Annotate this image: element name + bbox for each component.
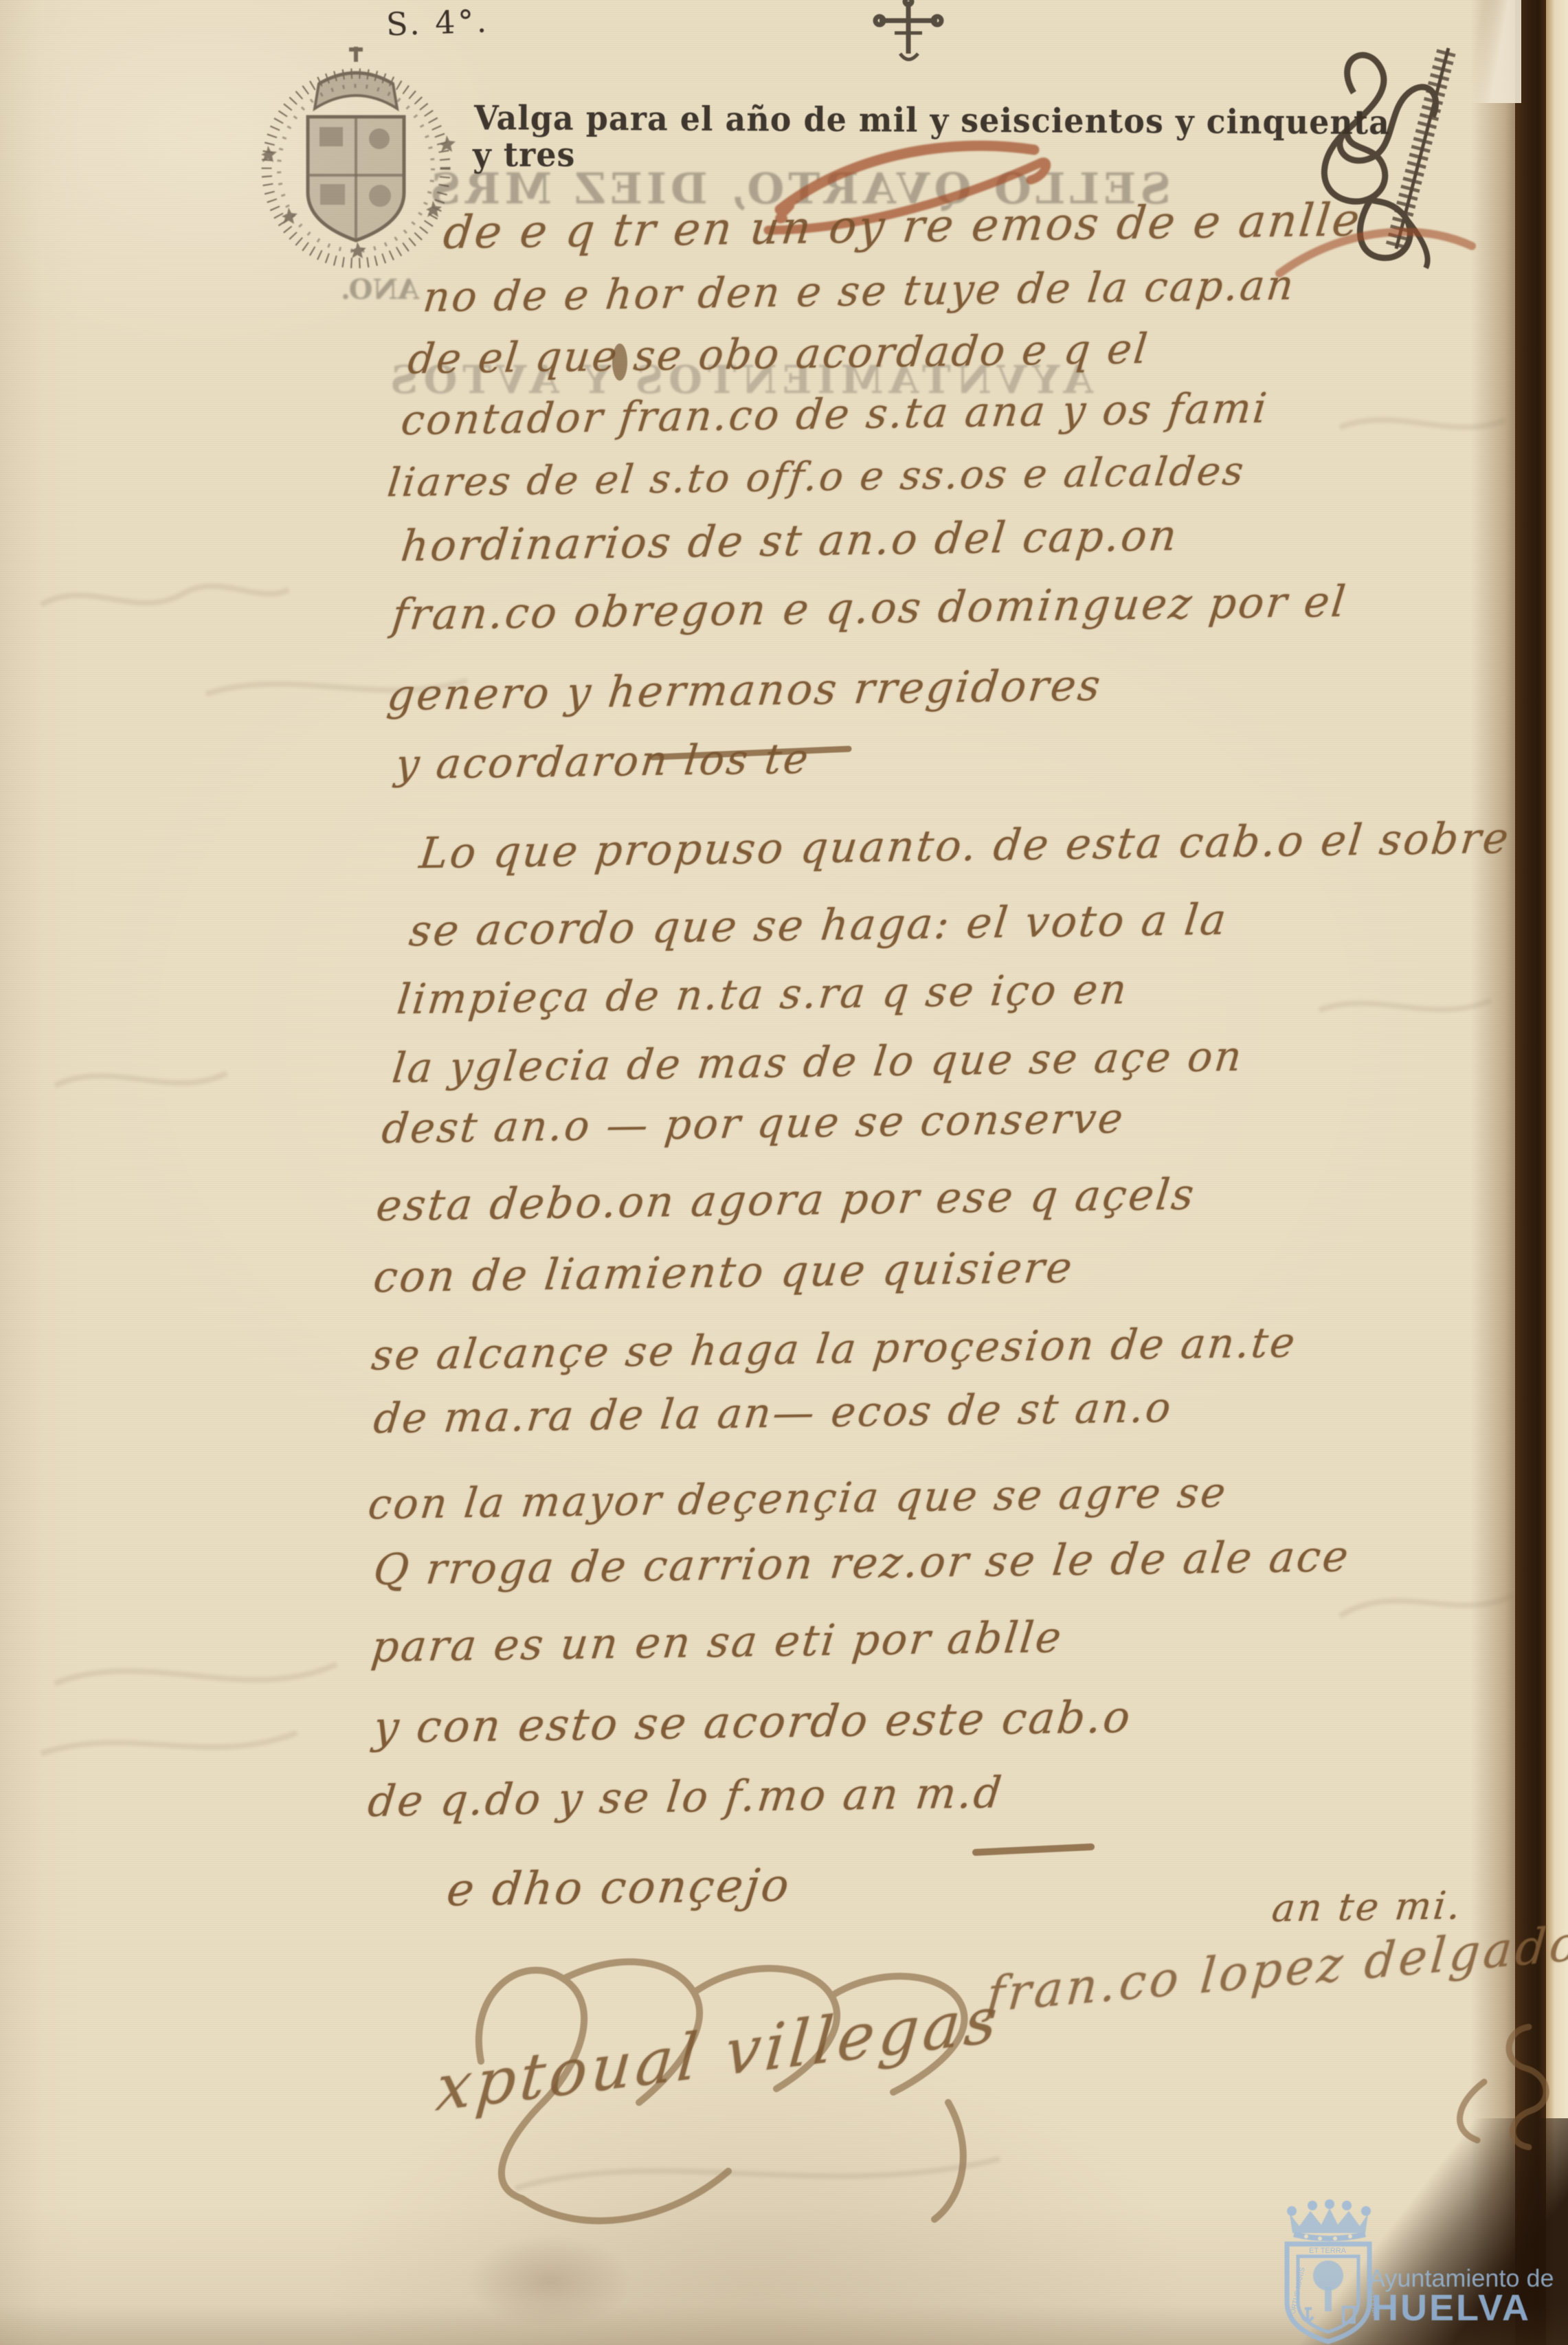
manuscript-page-scan: S. 4°. SELLO QVARTO, DIEZ MRS AYVNTAMIEN… (0, 0, 1568, 2345)
watermark-motto-left: PORTUS MARIS (1288, 2267, 1307, 2320)
ink-flourishes (0, 0, 1568, 2345)
watermark-city-name: HUELVA (1371, 2287, 1531, 2329)
watermark-motto-top: ET TERRA (1309, 2247, 1347, 2255)
huelva-coat-of-arms-watermark: ET TERRA PORTUS MARIS CUSTODIA (1275, 2199, 1378, 2345)
